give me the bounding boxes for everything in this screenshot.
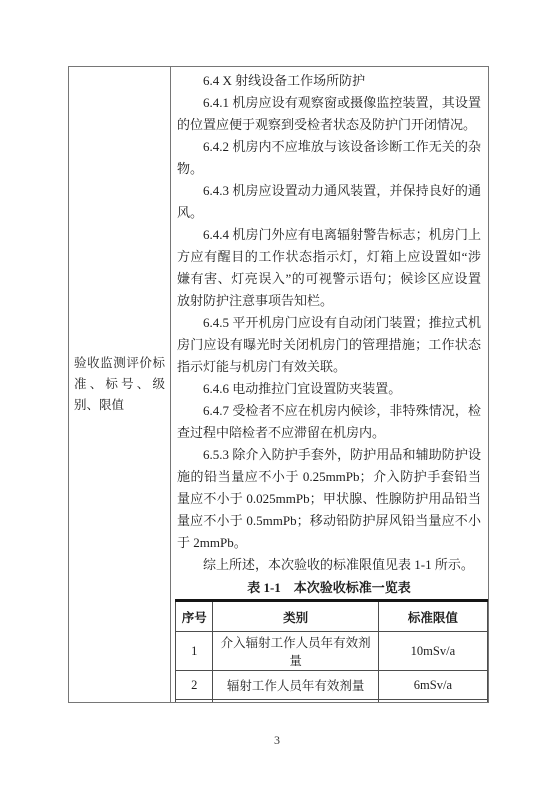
header-cell-category: 类别 [213, 601, 378, 632]
cell-category: 公众年有效剂量 [213, 700, 378, 703]
paragraph: 6.4.4 机房门外应有电离辐射警告标志；机房门上方应有醒目的工作状态指示灯，灯… [171, 224, 488, 312]
paragraph: 6.4.2 机房内不应堆放与该设备诊断工作无关的杂物。 [171, 136, 488, 180]
page-number: 3 [0, 733, 554, 748]
table-row: 1 介入辐射工作人员年有效剂量 10mSv/a [176, 632, 488, 671]
cell-index: 1 [176, 632, 213, 671]
document-page: 验收监测评价标准、标号、级别、限值 6.4 X 射线设备工作场所防护 6.4.1… [0, 0, 560, 792]
paragraph: 6.5.3 除介入防护手套外，防护用品和辅助防护设施的铅当量应不小于 0.25m… [171, 444, 488, 554]
paragraph: 6.4.6 电动推拉门宜设置防夹装置。 [171, 378, 488, 400]
criteria-section-table: 验收监测评价标准、标号、级别、限值 6.4 X 射线设备工作场所防护 6.4.1… [68, 66, 489, 703]
paragraph: 综上所述，本次验收的标准限值见表 1-1 所示。 [171, 554, 488, 576]
criteria-label-cell: 验收监测评价标准、标号、级别、限值 [69, 67, 171, 702]
table-row: 2 辐射工作人员年有效剂量 6mSv/a [176, 671, 488, 700]
cell-limit: 6mSv/a [378, 671, 487, 700]
criteria-content-cell: 6.4 X 射线设备工作场所防护 6.4.1 机房应设有观察窗或摄像监控装置，其… [171, 67, 488, 702]
paragraph: 6.4.1 机房应设有观察窗或摄像监控装置，其设置的位置应便于观察到受检者状态及… [171, 92, 488, 136]
standards-table-caption: 表 1-1 本次验收标准一览表 [171, 576, 488, 599]
paragraph: 6.4 X 射线设备工作场所防护 [171, 70, 488, 92]
header-cell-index: 序号 [176, 601, 213, 632]
cell-category: 介入辐射工作人员年有效剂量 [213, 632, 378, 671]
table-row: 3 公众年有效剂量 0.3mSv/a [176, 700, 488, 703]
cell-limit: 10mSv/a [378, 632, 487, 671]
paragraph: 6.4.7 受检者不应在机房内候诊，非特殊情况，检查过程中陪检者不应滞留在机房内… [171, 400, 488, 444]
cell-index: 2 [176, 671, 213, 700]
cell-index: 3 [176, 700, 213, 703]
standards-table: 序号 类别 标准限值 1 介入辐射工作人员年有效剂量 10mSv/a 2 辐射工… [175, 599, 488, 702]
header-cell-limit: 标准限值 [378, 601, 487, 632]
criteria-label: 验收监测评价标准、标号、级别、限值 [74, 353, 165, 416]
table-header-row: 序号 类别 标准限值 [176, 601, 488, 632]
cell-limit: 0.3mSv/a [378, 700, 487, 703]
paragraph: 6.4.5 平开机房门应设有自动闭门装置；推拉式机房门应设有曝光时关闭机房门的管… [171, 312, 488, 378]
paragraph: 6.4.3 机房应设置动力通风装置，并保持良好的通风。 [171, 180, 488, 224]
cell-category: 辐射工作人员年有效剂量 [213, 671, 378, 700]
